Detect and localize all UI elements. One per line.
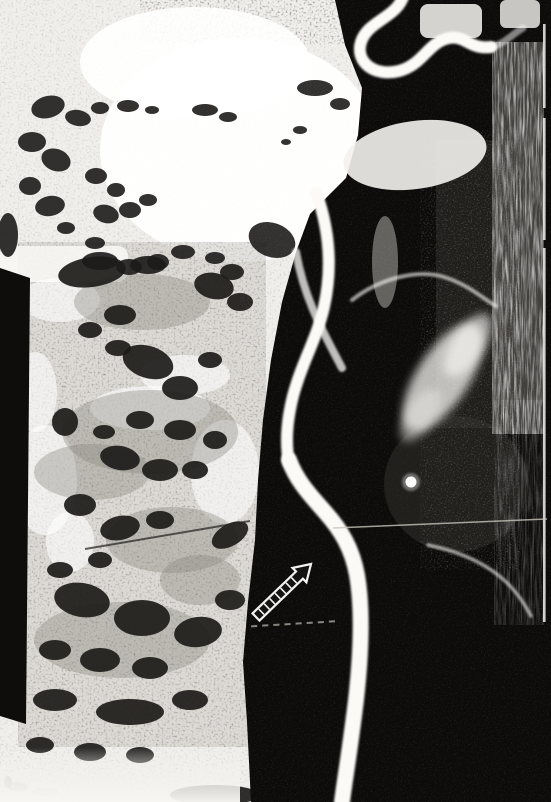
column-white-patch [46, 512, 94, 572]
bone-fragment-shadow [85, 168, 107, 184]
radiograph-image [0, 0, 551, 802]
vertebra-shadow [164, 420, 196, 440]
vertebra-shadow [172, 690, 208, 710]
angiogram-canvas [0, 0, 551, 802]
corner-white-patch [500, 0, 540, 28]
bright-dot [406, 477, 417, 488]
vertebra-shadow [105, 340, 131, 356]
vertebra-shadow [47, 562, 73, 578]
central-streak [372, 216, 398, 308]
left-black-strip [0, 268, 30, 724]
film-edge-line [543, 24, 546, 108]
vertebra-shadow [88, 552, 112, 568]
bone-fragment-shadow [107, 183, 125, 197]
bone-fragment-shadow [145, 106, 159, 114]
vertebra-shadow [52, 408, 78, 436]
bone-fragment-shadow [147, 254, 169, 270]
vertebra-shadow [80, 648, 120, 672]
vertebra-shadow [146, 511, 174, 529]
vertebra-shadow [126, 411, 154, 429]
vertebra-shadow [93, 425, 115, 439]
bottom-fade [0, 748, 240, 802]
vertebra-shadow [142, 459, 178, 481]
right-streak-band-texture [492, 42, 544, 434]
bone-fragment-shadow [119, 202, 141, 218]
bone-fragment-shadow [171, 245, 195, 259]
vertebra-shadow [182, 461, 208, 479]
bone-fragment-shadow [57, 222, 75, 234]
bone-fragment-shadow [205, 252, 225, 264]
bone-fragment-shadow [139, 194, 157, 206]
right-lower-speckle [494, 400, 544, 625]
vertebra-shadow [198, 352, 222, 368]
vertebra-shadow [132, 657, 168, 679]
film-edge-line [543, 118, 546, 240]
bone-fragment-shadow [117, 100, 139, 112]
film-edge-line [543, 248, 546, 622]
bone-fragment-shadow [18, 132, 46, 152]
bone-fragment-shadow [85, 237, 105, 249]
vertebra-shadow [104, 305, 136, 325]
vertebra-shadow [203, 431, 227, 449]
vertebra-shadow [96, 699, 164, 725]
bone-fragment-shadow [19, 177, 41, 195]
bone-fragment-shadow [219, 112, 237, 122]
vertebra-shadow [33, 689, 77, 711]
bone-fragment-shadow [116, 259, 142, 275]
bone-fragment-shadow [91, 102, 109, 114]
vertebra-shadow [78, 322, 102, 338]
vertebra-shadow [39, 640, 71, 660]
vertebra-shadow [162, 376, 198, 400]
vertebra-shadow [64, 494, 96, 516]
bone-fragment-shadow [82, 252, 118, 270]
bone-fragment-shadow [192, 104, 218, 116]
vertebra-shadow [114, 600, 170, 636]
